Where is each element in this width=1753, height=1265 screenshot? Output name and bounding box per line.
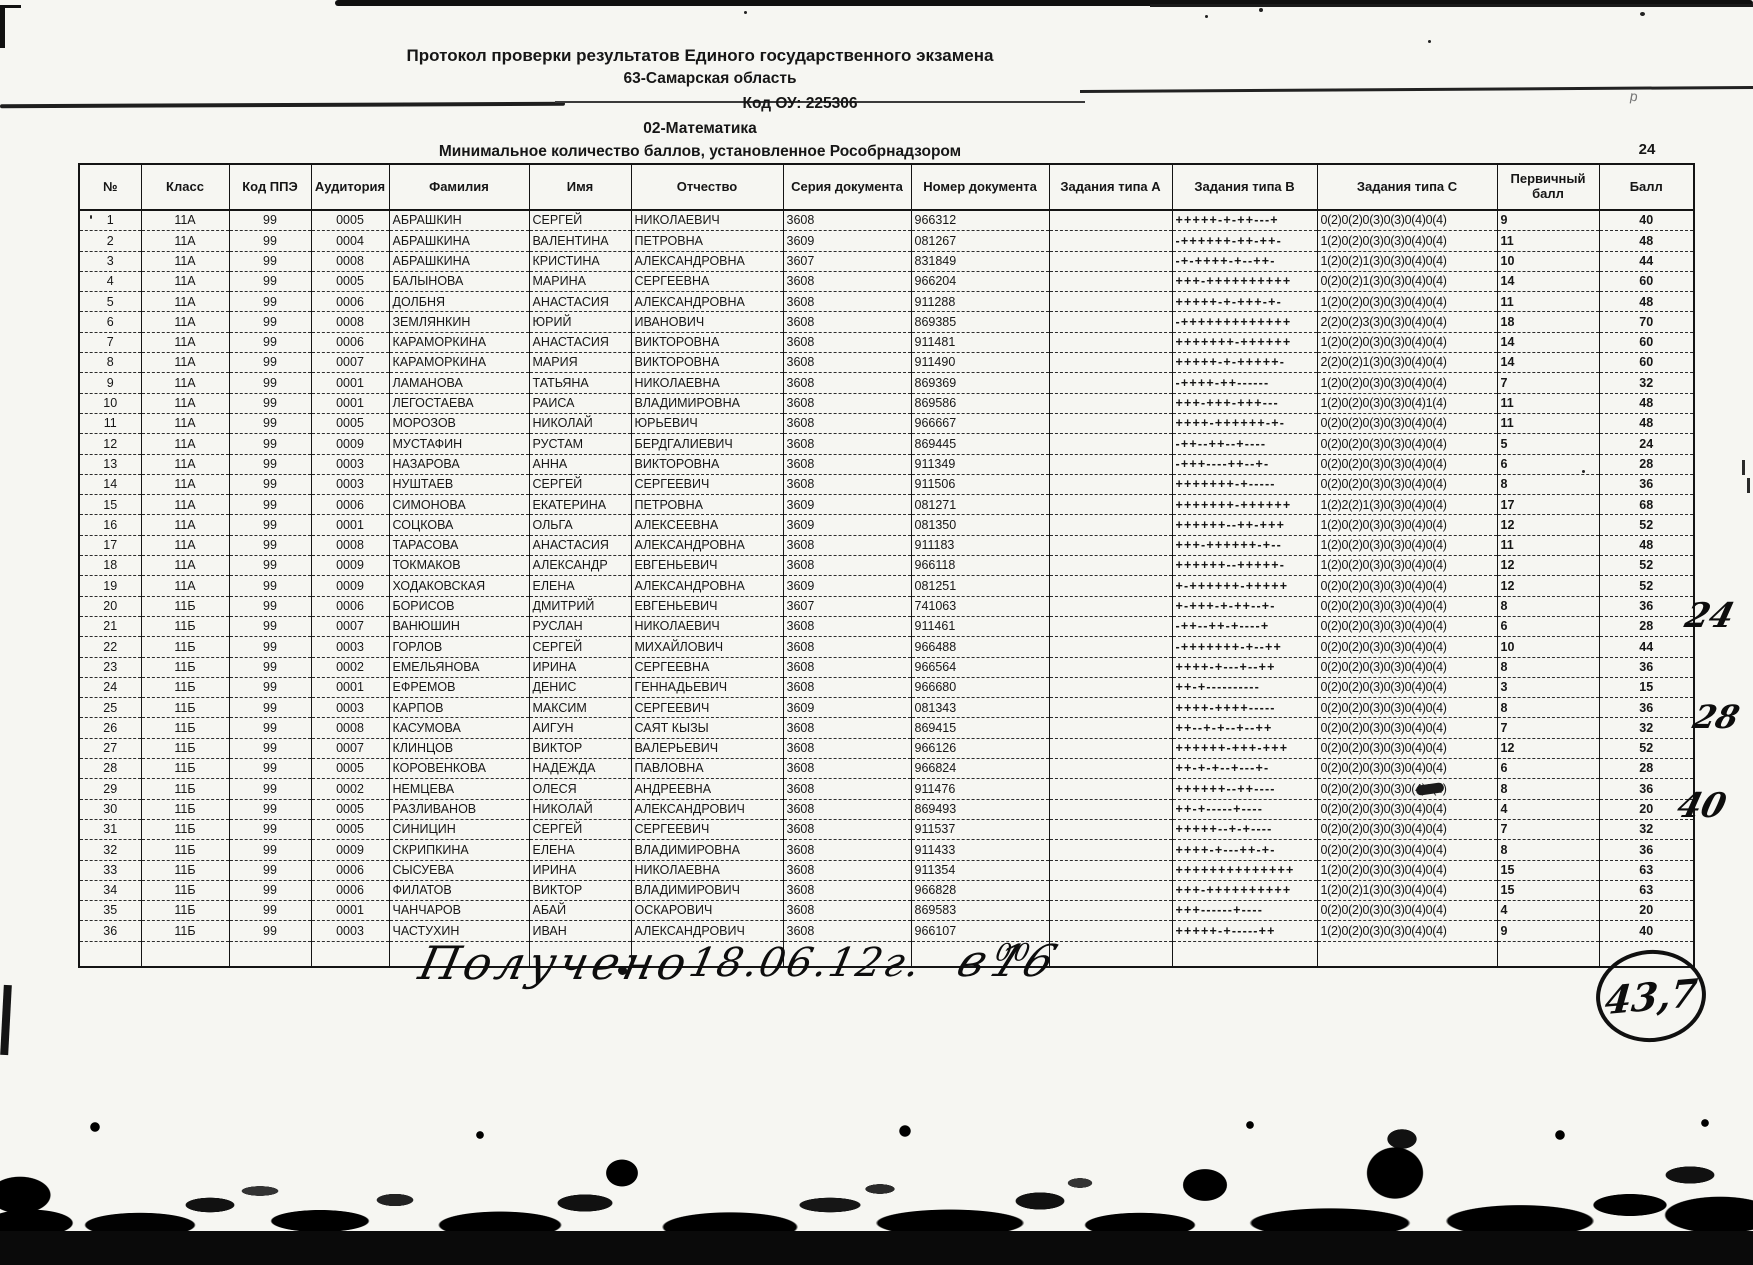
cell-primary-score: 8 (1497, 779, 1599, 799)
cell-tasks-b: -+-++++-+--++- (1172, 251, 1317, 271)
cell-score: 48 (1599, 292, 1694, 312)
cell-primary-score: 12 (1497, 515, 1599, 535)
cell-class: 11Б (141, 657, 229, 677)
cell-doc-number: 911537 (911, 819, 1049, 839)
cell-room: 0006 (311, 596, 389, 616)
cell-doc-number: 966680 (911, 677, 1049, 697)
cell-class: 11А (141, 576, 229, 596)
cell-doc-number: 911349 (911, 454, 1049, 474)
cell-primary-score: 4 (1497, 799, 1599, 819)
scan-edge-blot (0, 985, 12, 1055)
cell-firstname: РУСЛАН (529, 616, 631, 636)
cell-room: 0006 (311, 880, 389, 900)
cell-doc-number: 869493 (911, 799, 1049, 819)
col-header-score: Балл (1599, 164, 1694, 210)
cell-lastname: КОРОВЕНКОВА (389, 759, 529, 779)
cell-lastname: СИМОНОВА (389, 495, 529, 515)
cell-score: 28 (1599, 759, 1694, 779)
table-row: 11 11А 99 0005 МОРОЗОВ НИКОЛАЙ ЮРЬЕВИЧ 3… (79, 413, 1694, 433)
cell-doc-series: 3608 (783, 373, 911, 393)
cell-score: 52 (1599, 515, 1694, 535)
cell-score: 60 (1599, 353, 1694, 373)
cell-tasks-c: 0(2)0(2)0(3)0(3)0(4)0(4) (1317, 616, 1497, 636)
cell-doc-series: 3609 (783, 515, 911, 535)
handwritten-date: 18.06.12г. (685, 940, 926, 986)
cell-tasks-b: ++++-+---+--++ (1172, 657, 1317, 677)
cell-tasks-a (1049, 880, 1172, 900)
cell-firstname: НИКОЛАЙ (529, 413, 631, 433)
cell-primary-score: 11 (1497, 413, 1599, 433)
cell-doc-number: 911433 (911, 840, 1049, 860)
cell-tasks-c: 2(2)0(2)3(3)0(3)0(4)0(4) (1317, 312, 1497, 332)
cell-patronymic: АЛЕКСАНДРОВНА (631, 251, 783, 271)
handwritten-ink-dot (618, 966, 627, 975)
cell-tasks-c: 0(2)0(2)0(3)0(3)0(4)0(4) (1317, 657, 1497, 677)
cell-primary-score: 7 (1497, 373, 1599, 393)
cell-class: 11Б (141, 819, 229, 839)
cell-ppe-code: 99 (229, 860, 311, 880)
cell-room: 0003 (311, 698, 389, 718)
cell-room: 0003 (311, 637, 389, 657)
cell-doc-series: 3608 (783, 657, 911, 677)
cell-tasks-a (1049, 576, 1172, 596)
cell-lastname: СКРИПКИНА (389, 840, 529, 860)
cell-ppe-code: 99 (229, 434, 311, 454)
table-row: 29 11Б 99 0002 НЕМЦЕВА ОЛЕСЯ АНДРЕЕВНА 3… (79, 779, 1694, 799)
cell-doc-number: 911490 (911, 353, 1049, 373)
cell-doc-number: 869415 (911, 718, 1049, 738)
cell-tasks-c: 1(2)0(2)0(3)0(3)0(4)0(4) (1317, 515, 1497, 535)
cell-firstname: МАРИЯ (529, 353, 631, 373)
cell-number: 34 (79, 880, 141, 900)
cell-number: 28 (79, 759, 141, 779)
cell-class: 11А (141, 495, 229, 515)
cell-tasks-c: 0(2)0(2)0(3)0(3)0(4)0(4) (1317, 840, 1497, 860)
cell-tasks-b: +++++--+-+---- (1172, 819, 1317, 839)
cell-tasks-a (1049, 840, 1172, 860)
cell-patronymic: ПАВЛОВНА (631, 759, 783, 779)
cell-doc-series: 3608 (783, 637, 911, 657)
cell-score: 40 (1599, 210, 1694, 231)
scan-speck (744, 11, 747, 14)
cell-lastname: ВАНЮШИН (389, 616, 529, 636)
cell-tasks-c: 2(2)0(2)1(3)0(3)0(4)0(4) (1317, 353, 1497, 373)
scan-artifact-tick (1747, 478, 1750, 493)
cell-doc-series: 3608 (783, 738, 911, 758)
cell-tasks-c: 0(2)0(2)0(3)0(3)0(4)0(4) (1317, 596, 1497, 616)
cell-tasks-c: 0(2)0(2)0(3)0(3)0(4)0(4) (1317, 413, 1497, 433)
cell-score: 68 (1599, 495, 1694, 515)
cell-number: 27 (79, 738, 141, 758)
cell-ppe-code: 99 (229, 332, 311, 352)
cell-class: 11Б (141, 637, 229, 657)
cell-tasks-c: 1(2)0(2)1(3)0(3)0(4)0(4) (1317, 251, 1497, 271)
cell-room: 0005 (311, 759, 389, 779)
cell-number: 13 (79, 454, 141, 474)
table-row: 17 11А 99 0008 ТАРАСОВА АНАСТАСИЯ АЛЕКСА… (79, 535, 1694, 555)
cell-tasks-a (1049, 231, 1172, 251)
cell-tasks-b: +++++-+-+++++- (1172, 353, 1317, 373)
cell-firstname: ВАЛЕНТИНА (529, 231, 631, 251)
cell-tasks-b: +++++-+-+++-+- (1172, 292, 1317, 312)
cell-patronymic: ЕВГЕНЬЕВИЧ (631, 596, 783, 616)
handwritten-received-note: Получено 18.06.12г. в 1600 (400, 936, 1180, 1006)
cell-patronymic: НИКОЛАЕВНА (631, 860, 783, 880)
cell-lastname: ЛЕГОСТАЕВА (389, 393, 529, 413)
cell-lastname: ГОРЛОВ (389, 637, 529, 657)
cell-room: 0009 (311, 840, 389, 860)
cell-tasks-a (1049, 718, 1172, 738)
cell-primary-score: 5 (1497, 434, 1599, 454)
cell-ppe-code: 99 (229, 596, 311, 616)
cell-score: 44 (1599, 637, 1694, 657)
cell-class: 11Б (141, 921, 229, 941)
cell-room: 0003 (311, 921, 389, 941)
cell-firstname: ИРИНА (529, 657, 631, 677)
cell-doc-series: 3608 (783, 819, 911, 839)
table-row: 27 11Б 99 0007 КЛИНЦОВ ВИКТОР ВАЛЕРЬЕВИЧ… (79, 738, 1694, 758)
table-row: 25 11Б 99 0003 КАРПОВ МАКСИМ СЕРГЕЕВИЧ 3… (79, 698, 1694, 718)
cell-doc-number: 966204 (911, 271, 1049, 291)
cell-tasks-c: 1(2)0(2)0(3)0(3)0(4)0(4) (1317, 292, 1497, 312)
cell-class: 11А (141, 332, 229, 352)
cell-score: 36 (1599, 657, 1694, 677)
cell-class: 11А (141, 434, 229, 454)
cell-primary-score: 8 (1497, 474, 1599, 494)
table-row: 16 11А 99 0001 СОЦКОВА ОЛЬГА АЛЕКСЕЕВНА … (79, 515, 1694, 535)
cell-score: 70 (1599, 312, 1694, 332)
cell-tasks-c: 1(2)0(2)0(3)0(3)0(4)0(4) (1317, 535, 1497, 555)
cell-patronymic: АЛЕКСАНДРОВНА (631, 535, 783, 555)
cell-firstname: МАКСИМ (529, 698, 631, 718)
cell-number: 25 (79, 698, 141, 718)
cell-patronymic: БЕРДГАЛИЕВИЧ (631, 434, 783, 454)
school-code-line: Код ОУ: 225306 (400, 95, 1200, 113)
cell-ppe-code: 99 (229, 231, 311, 251)
cell-lastname: ТАРАСОВА (389, 535, 529, 555)
cell-doc-number: 869583 (911, 901, 1049, 921)
cell-ppe-code: 99 (229, 413, 311, 433)
cell-tasks-b: -+++++++-+--++ (1172, 637, 1317, 657)
region-line: 63-Самарская область (300, 70, 1120, 88)
cell-tasks-a (1049, 251, 1172, 271)
table-row: 19 11А 99 0009 ХОДАКОВСКАЯ ЕЛЕНА АЛЕКСАН… (79, 576, 1694, 596)
cell-tasks-c: 1(2)0(2)0(3)0(3)0(4)0(4) (1317, 921, 1497, 941)
cell-room: 0001 (311, 393, 389, 413)
cell-firstname: ОЛЬГА (529, 515, 631, 535)
cell-score: 63 (1599, 880, 1694, 900)
cell-number: 30 (79, 799, 141, 819)
cell-tasks-c: 0(2)0(2)0(3)0(3)0(4)0(4) (1317, 677, 1497, 697)
cell-class: 11Б (141, 860, 229, 880)
cell-score: 60 (1599, 271, 1694, 291)
cell-patronymic: ГЕННАДЬЕВИЧ (631, 677, 783, 697)
cell-score: 36 (1599, 596, 1694, 616)
handwritten-average-value: 43,7 (1603, 969, 1699, 1023)
cell-class: 11Б (141, 698, 229, 718)
cell-doc-number: 966564 (911, 657, 1049, 677)
cell-class: 11А (141, 251, 229, 271)
cell-lastname: КЛИНЦОВ (389, 738, 529, 758)
cell-class: 11А (141, 292, 229, 312)
cell-doc-series: 3608 (783, 413, 911, 433)
school-code-value: 225306 (806, 95, 858, 112)
cell-tasks-c: 0(2)0(2)0(3)0(3)0(4)0(4) (1317, 738, 1497, 758)
cell-lastname: КАСУМОВА (389, 718, 529, 738)
cell-doc-series: 3608 (783, 474, 911, 494)
cell-ppe-code: 99 (229, 576, 311, 596)
cell-lastname: ЕМЕЛЬЯНОВА (389, 657, 529, 677)
cell-doc-number: 081251 (911, 576, 1049, 596)
cell-lastname: СОЦКОВА (389, 515, 529, 535)
cell-firstname: НАДЕЖДА (529, 759, 631, 779)
cell-number: 1 (79, 210, 141, 231)
cell-number: 6 (79, 312, 141, 332)
cell-ppe-code: 99 (229, 393, 311, 413)
cell-lastname: АБРАШКИН (389, 210, 529, 231)
cell-primary-score: 11 (1497, 535, 1599, 555)
cell-class: 11А (141, 210, 229, 231)
cell-tasks-b: ++-+-+--+---+- (1172, 759, 1317, 779)
cell-tasks-a (1049, 271, 1172, 291)
cell-firstname: ДЕНИС (529, 677, 631, 697)
cell-doc-series: 3608 (783, 271, 911, 291)
cell-doc-series: 3608 (783, 616, 911, 636)
cell-lastname: СИНИЦИН (389, 819, 529, 839)
cell-class: 11А (141, 231, 229, 251)
cell-tasks-a (1049, 434, 1172, 454)
cell-firstname: ОЛЕСЯ (529, 779, 631, 799)
cell-doc-number: 911354 (911, 860, 1049, 880)
cell-ppe-code: 99 (229, 271, 311, 291)
cell-patronymic: ВЛАДИМИРОВНА (631, 840, 783, 860)
cell-score: 60 (1599, 332, 1694, 352)
cell-doc-series: 3608 (783, 292, 911, 312)
handwritten-margin-note-40: 40 (1673, 786, 1730, 826)
cell-room: 0004 (311, 231, 389, 251)
scan-speck (1259, 8, 1263, 12)
min-score-label: Минимальное количество баллов, установле… (200, 143, 1200, 161)
cell-room: 0001 (311, 901, 389, 921)
cell-tasks-c: 0(2)0(2)1(3)0(3)0(4)0(4) (1317, 271, 1497, 291)
cell-number: 16 (79, 515, 141, 535)
cell-doc-number: 911288 (911, 292, 1049, 312)
cell-primary-score: 17 (1497, 495, 1599, 515)
cell-room: 0001 (311, 515, 389, 535)
cell-tasks-b: ++++++--++---- (1172, 779, 1317, 799)
col-header-tasks-b: Задания типа В (1172, 164, 1317, 210)
min-score-value: 24 (1622, 141, 1672, 158)
cell-tasks-b: ++--+-+--+--++ (1172, 718, 1317, 738)
cell-doc-series: 3608 (783, 312, 911, 332)
table-row: 14 11А 99 0003 НУШТАЕВ СЕРГЕЙ СЕРГЕЕВИЧ … (79, 474, 1694, 494)
cell-class: 11А (141, 413, 229, 433)
cell-tasks-a (1049, 495, 1172, 515)
cell-tasks-b: -++++-++------ (1172, 373, 1317, 393)
cell-doc-number: 081350 (911, 515, 1049, 535)
cell-doc-number: 966126 (911, 738, 1049, 758)
cell-tasks-c: 0(2)0(2)0(3)0(3)0(4)0(4) (1317, 474, 1497, 494)
table-row: 5 11А 99 0006 ДОЛБНЯ АНАСТАСИЯ АЛЕКСАНДР… (79, 292, 1694, 312)
col-header-primary-score: Первичный балл (1497, 164, 1599, 210)
cell-primary-score: 11 (1497, 231, 1599, 251)
cell-room: 0005 (311, 271, 389, 291)
cell-lastname: БОРИСОВ (389, 596, 529, 616)
cell-firstname: АНАСТАСИЯ (529, 535, 631, 555)
cell-doc-number: 869445 (911, 434, 1049, 454)
cell-ppe-code: 99 (229, 840, 311, 860)
cell-score: 48 (1599, 535, 1694, 555)
cell-ppe-code: 99 (229, 921, 311, 941)
cell-patronymic: АЛЕКСАНДРОВИЧ (631, 799, 783, 819)
table-row: 22 11Б 99 0003 ГОРЛОВ СЕРГЕЙ МИХАЙЛОВИЧ … (79, 637, 1694, 657)
cell-room: 0005 (311, 819, 389, 839)
cell-doc-series: 3608 (783, 434, 911, 454)
cell-tasks-b: +-++++++-+++++ (1172, 576, 1317, 596)
cell-tasks-a (1049, 373, 1172, 393)
cell-doc-number: 081343 (911, 698, 1049, 718)
cell-tasks-b: +++-+++-+++--- (1172, 393, 1317, 413)
cell-firstname: РУСТАМ (529, 434, 631, 454)
cell-doc-series: 3608 (783, 353, 911, 373)
cell-tasks-a (1049, 657, 1172, 677)
cell-doc-number: 966488 (911, 637, 1049, 657)
cell-tasks-a (1049, 393, 1172, 413)
cell-patronymic: ПЕТРОВНА (631, 495, 783, 515)
col-header-firstname: Имя (529, 164, 631, 210)
col-header-patronymic: Отчество (631, 164, 783, 210)
cell-patronymic: ОСКАРОВИЧ (631, 901, 783, 921)
cell-firstname: АБАЙ (529, 901, 631, 921)
cell-tasks-a (1049, 413, 1172, 433)
cell-number: 20 (79, 596, 141, 616)
table-row: 24 11Б 99 0001 ЕФРЕМОВ ДЕНИС ГЕННАДЬЕВИЧ… (79, 677, 1694, 697)
cell-lastname: НЕМЦЕВА (389, 779, 529, 799)
cell-number: 7 (79, 332, 141, 352)
cell-score: 40 (1599, 921, 1694, 941)
cell-firstname: ВИКТОР (529, 738, 631, 758)
cell-primary-score: 12 (1497, 556, 1599, 576)
cell-firstname: ИРИНА (529, 860, 631, 880)
cell-ppe-code: 99 (229, 210, 311, 231)
cell-class: 11А (141, 474, 229, 494)
cell-doc-series: 3608 (783, 779, 911, 799)
table-row: 30 11Б 99 0005 РАЗЛИВАНОВ НИКОЛАЙ АЛЕКСА… (79, 799, 1694, 819)
cell-tasks-a (1049, 312, 1172, 332)
cell-number: 36 (79, 921, 141, 941)
cell-ppe-code: 99 (229, 799, 311, 819)
cell-room: 0008 (311, 312, 389, 332)
cell-tasks-c: 0(2)0(2)0(3)0(3)0(4)0(4) (1317, 454, 1497, 474)
cell-doc-series: 3608 (783, 880, 911, 900)
cell-tasks-c: 0(2)0(2)0(3)0(3)0(4)0(4) (1317, 434, 1497, 454)
cell-patronymic: ИВАНОВИЧ (631, 312, 783, 332)
cell-tasks-b: ++-+-----+---- (1172, 799, 1317, 819)
scan-speck (1205, 15, 1208, 18)
cell-room: 0009 (311, 556, 389, 576)
cell-ppe-code: 99 (229, 698, 311, 718)
cell-primary-score: 10 (1497, 637, 1599, 657)
table-row: 4 11А 99 0005 БАЛЫНОВА МАРИНА СЕРГЕЕВНА … (79, 271, 1694, 291)
cell-patronymic: СЕРГЕЕВИЧ (631, 819, 783, 839)
cell-tasks-c: 0(2)0(2)0(3)0(3)0(4)0(4) (1317, 759, 1497, 779)
subject-line: 02-Математика (300, 120, 1100, 138)
cell-class: 11Б (141, 799, 229, 819)
cell-doc-series: 3607 (783, 596, 911, 616)
table-row: 3 11А 99 0008 АБРАШКИНА КРИСТИНА АЛЕКСАН… (79, 251, 1694, 271)
cell-class: 11А (141, 454, 229, 474)
cell-doc-series: 3608 (783, 860, 911, 880)
cell-doc-number: 869369 (911, 373, 1049, 393)
cell-number: 21 (79, 616, 141, 636)
cell-doc-number: 081267 (911, 231, 1049, 251)
cell-ppe-code: 99 (229, 637, 311, 657)
cell-class: 11Б (141, 880, 229, 900)
cell-tasks-a (1049, 901, 1172, 921)
table-row: 26 11Б 99 0008 КАСУМОВА АИГУН САЯТ КЫЗЫ … (79, 718, 1694, 738)
cell-class: 11А (141, 535, 229, 555)
cell-number: 24 (79, 677, 141, 697)
cell-firstname: СЕРГЕЙ (529, 210, 631, 231)
cell-tasks-a (1049, 677, 1172, 697)
cell-primary-score: 15 (1497, 860, 1599, 880)
cell-primary-score: 14 (1497, 353, 1599, 373)
cell-number: 33 (79, 860, 141, 880)
scan-noise-band (0, 1105, 1753, 1265)
cell-primary-score: 10 (1497, 251, 1599, 271)
cell-score: 63 (1599, 860, 1694, 880)
cell-ppe-code: 99 (229, 292, 311, 312)
cell-room: 0003 (311, 454, 389, 474)
cell-class: 11Б (141, 718, 229, 738)
cell-ppe-code: 99 (229, 495, 311, 515)
cell-lastname: ТОКМАКОВ (389, 556, 529, 576)
cell-tasks-c: 0(2)0(2)0(3)0(3)0(4)0(4) (1317, 718, 1497, 738)
cell-class: 11Б (141, 759, 229, 779)
cell-room: 0007 (311, 738, 389, 758)
cell-primary-score: 11 (1497, 292, 1599, 312)
cell-number: 2 (79, 231, 141, 251)
cell-firstname: КРИСТИНА (529, 251, 631, 271)
cell-doc-series: 3608 (783, 393, 911, 413)
cell-number: 3 (79, 251, 141, 271)
scan-artifact-scratch-right (1080, 86, 1753, 93)
cell-tasks-b: +++++-+-----++ (1172, 921, 1317, 941)
cell-class: 11Б (141, 738, 229, 758)
cell-doc-series: 3608 (783, 454, 911, 474)
table-row: 33 11Б 99 0006 СЫСУЕВА ИРИНА НИКОЛАЕВНА … (79, 860, 1694, 880)
cell-number: 9 (79, 373, 141, 393)
cell-room: 0006 (311, 292, 389, 312)
handwritten-time: в 1600 (955, 936, 1036, 987)
cell-tasks-c: 0(2)0(2)0(3)0(3)0(4)0(4) (1317, 576, 1497, 596)
cell-room: 0001 (311, 677, 389, 697)
cell-lastname: СЫСУЕВА (389, 860, 529, 880)
cell-tasks-a (1049, 698, 1172, 718)
cell-tasks-c: 1(2)0(2)0(3)0(3)0(4)1(4) (1317, 393, 1497, 413)
cell-room: 0005 (311, 799, 389, 819)
table-row: 31 11Б 99 0005 СИНИЦИН СЕРГЕЙ СЕРГЕЕВИЧ … (79, 819, 1694, 839)
cell-doc-series: 3608 (783, 677, 911, 697)
table-row: 2 11А 99 0004 АБРАШКИНА ВАЛЕНТИНА ПЕТРОВ… (79, 231, 1694, 251)
cell-tasks-c: 1(2)0(2)0(3)0(3)0(4)0(4) (1317, 556, 1497, 576)
cell-tasks-b: +++++-+-++---+ (1172, 210, 1317, 231)
cell-primary-score: 18 (1497, 312, 1599, 332)
cell-patronymic: НИКОЛАЕВИЧ (631, 616, 783, 636)
cell-lastname: МОРОЗОВ (389, 413, 529, 433)
cell-tasks-a (1049, 556, 1172, 576)
cell-tasks-b: +-+++-+-++--+- (1172, 596, 1317, 616)
